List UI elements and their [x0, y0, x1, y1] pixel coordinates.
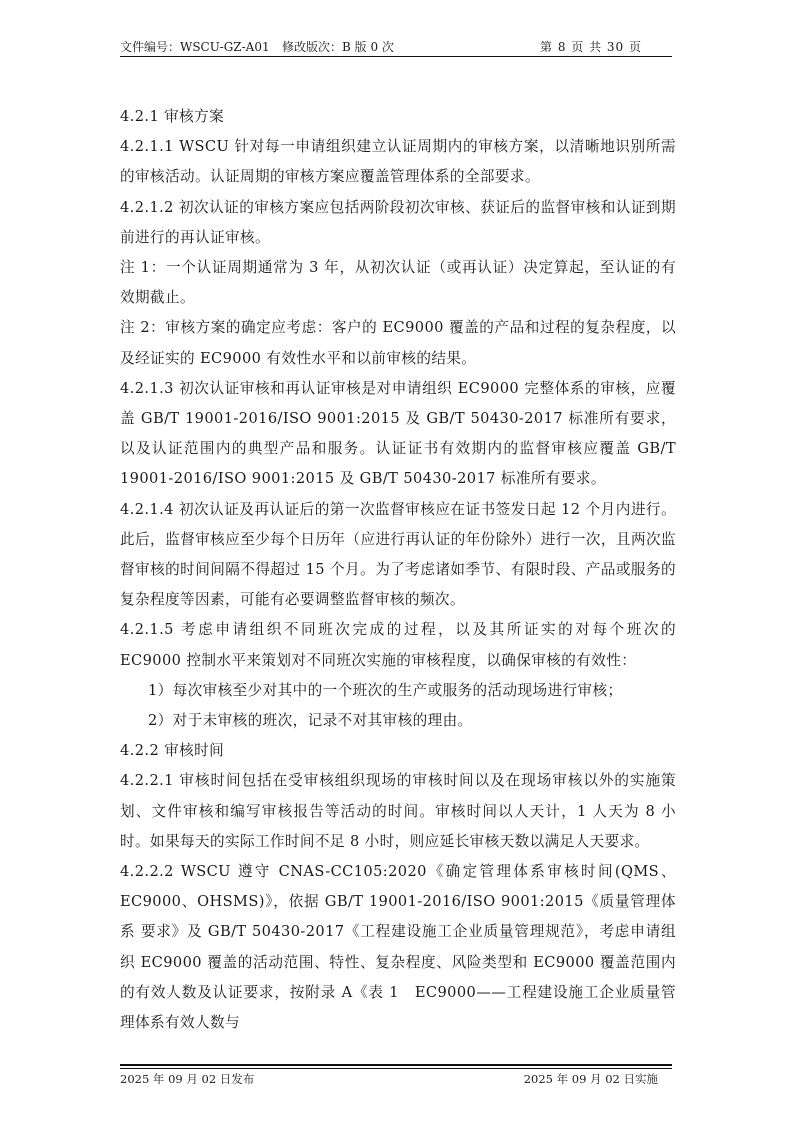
effective-date: 2025 年 09 月 02 日实施 [524, 1071, 658, 1087]
note-1: 注 1：一个认证周期通常为 3 年，从初次认证（或再认证）决定算起，至认证的有效… [120, 253, 676, 313]
issue-date: 2025 年 09 月 02 日发布 [120, 1071, 254, 1087]
revision-number: 修改版次：B 版 0 次 [282, 38, 394, 55]
paragraph-4-2-1-4: 4.2.1.4 初次认证及再认证后的第一次监督审核应在证书签发日起 12 个月内… [120, 495, 676, 616]
section-heading-4-2-2: 4.2.2 审核时间 [120, 736, 676, 766]
footer-divider [120, 1064, 672, 1069]
document-number: 文件编号：WSCU-GZ-A01 [120, 38, 270, 55]
paragraph-4-2-1-5: 4.2.1.5 考虑申请组织不同班次完成的过程，以及其所证实的对每个班次的 EC… [120, 615, 676, 675]
paragraph-4-2-1-1: 4.2.1.1 WSCU 针对每一申请组织建立认证周期内的审核方案，以清晰地识别… [120, 132, 676, 192]
page-number: 第 8 页 共 30 页 [540, 38, 642, 55]
page-header: 文件编号：WSCU-GZ-A01 修改版次：B 版 0 次 第 8 页 共 30… [120, 36, 672, 57]
paragraph-4-2-2-1: 4.2.2.1 审核时间包括在受审核组织现场的审核时间以及在现场审核以外的实施策… [120, 766, 676, 857]
document-body: 4.2.1 审核方案 4.2.1.1 WSCU 针对每一申请组织建立认证周期内的… [120, 102, 676, 1038]
paragraph-4-2-1-3: 4.2.1.3 初次认证审核和再认证审核是对申请组织 EC9000 完整体系的审… [120, 374, 676, 495]
list-item-2: 2）对于未审核的班次，记录不对其审核的理由。 [120, 706, 676, 736]
paragraph-4-2-1-2: 4.2.1.2 初次认证的审核方案应包括两阶段初次审核、获证后的监督审核和认证到… [120, 193, 676, 253]
section-heading-4-2-1: 4.2.1 审核方案 [120, 102, 676, 132]
note-2: 注 2：审核方案的确定应考虑：客户的 EC9000 覆盖的产品和过程的复杂程度，… [120, 313, 676, 373]
paragraph-4-2-2-2: 4.2.2.2 WSCU 遵守 CNAS-CC105:2020《确定管理体系审核… [120, 857, 676, 1038]
list-item-1: 1）每次审核至少对其中的一个班次的生产或服务的活动现场进行审核； [120, 676, 676, 706]
